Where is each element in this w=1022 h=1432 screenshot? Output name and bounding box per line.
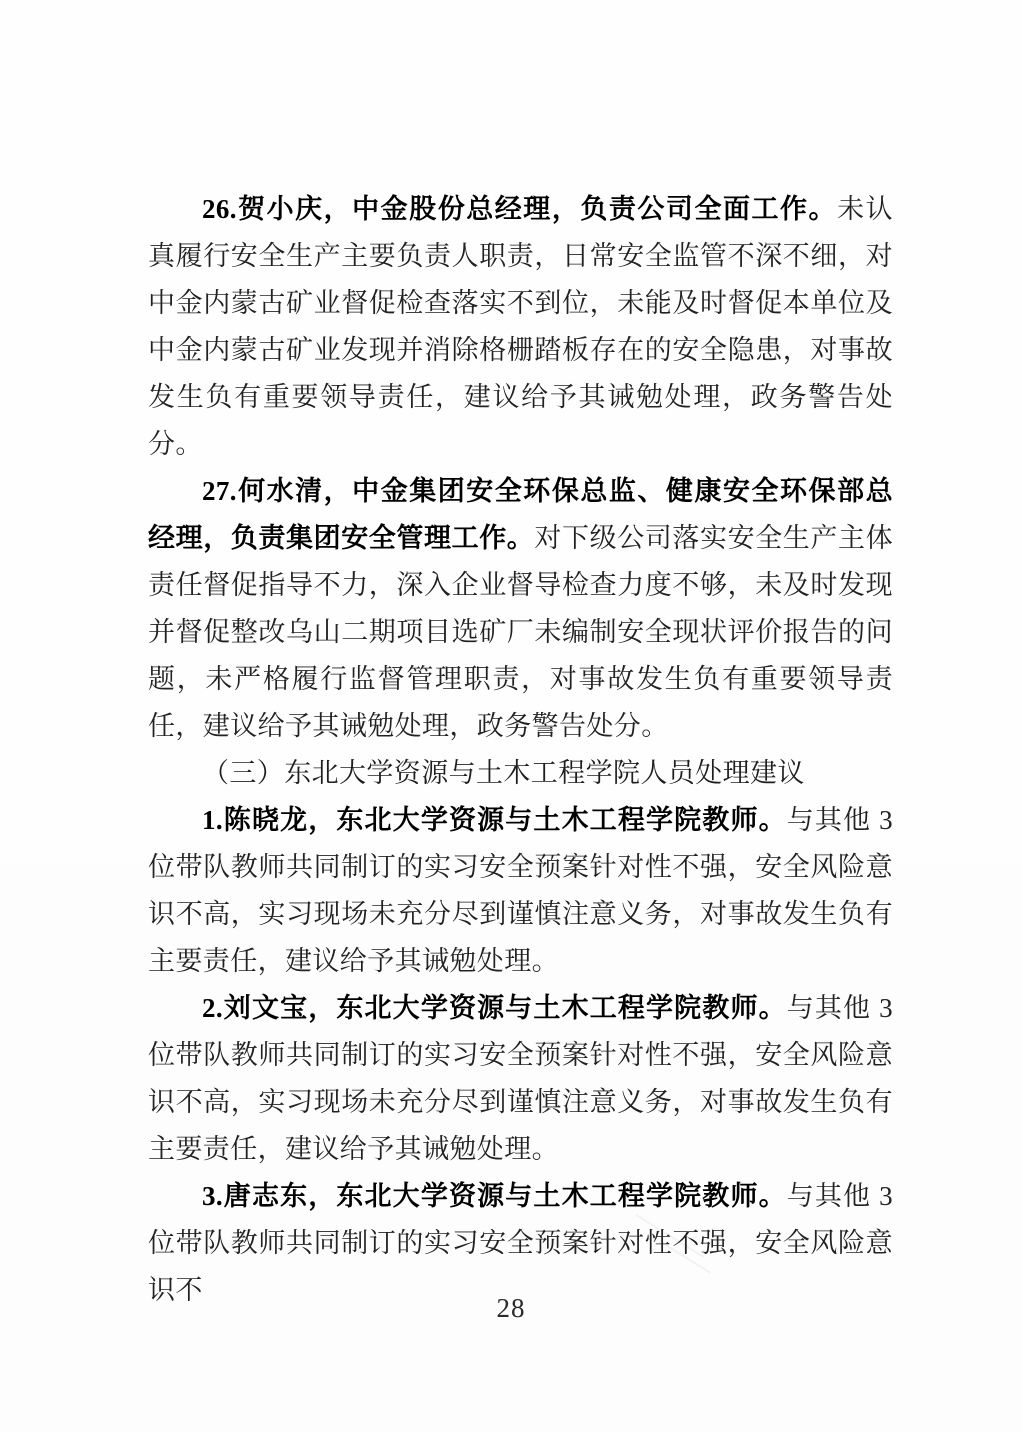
paragraph-26-lead: 26.贺小庆，中金股份总经理，负责公司全面工作。 bbox=[202, 194, 837, 224]
page-number: 28 bbox=[0, 1293, 1022, 1324]
paragraph-teacher-2: 2.刘文宝，东北大学资源与土木工程学院教师。与其他 3 位带队教师共同制订的实习… bbox=[148, 985, 893, 1173]
paragraph-teacher-1-lead: 1.陈晓龙，东北大学资源与土木工程学院教师。 bbox=[202, 805, 787, 835]
paragraph-27-body: 对下级公司落实安全生产主体责任督促指导不力，深入企业督导检查力度不够，未及时发现… bbox=[148, 523, 893, 741]
paragraph-teacher-1: 1.陈晓龙，东北大学资源与土木工程学院教师。与其他 3 位带队教师共同制订的实习… bbox=[148, 797, 893, 985]
paragraph-teacher-2-lead: 2.刘文宝，东北大学资源与土木工程学院教师。 bbox=[202, 993, 787, 1023]
paragraph-27: 27.何水清，中金集团安全环保总监、健康安全环保部总经理，负责集团安全管理工作。… bbox=[148, 468, 893, 750]
document-body: 26.贺小庆，中金股份总经理，负责公司全面工作。未认真履行安全生产主要负责人职责… bbox=[148, 186, 893, 1314]
document-page: 26.贺小庆，中金股份总经理，负责公司全面工作。未认真履行安全生产主要负责人职责… bbox=[0, 0, 1022, 1432]
section-heading-3: （三）东北大学资源与土木工程学院人员处理建议 bbox=[148, 750, 893, 797]
paragraph-teacher-3-lead: 3.唐志东，东北大学资源与土木工程学院教师。 bbox=[202, 1181, 787, 1211]
paragraph-26: 26.贺小庆，中金股份总经理，负责公司全面工作。未认真履行安全生产主要负责人职责… bbox=[148, 186, 893, 468]
paragraph-26-body: 未认真履行安全生产主要负责人职责，日常安全监管不深不细，对中金内蒙古矿业督促检查… bbox=[148, 194, 893, 459]
